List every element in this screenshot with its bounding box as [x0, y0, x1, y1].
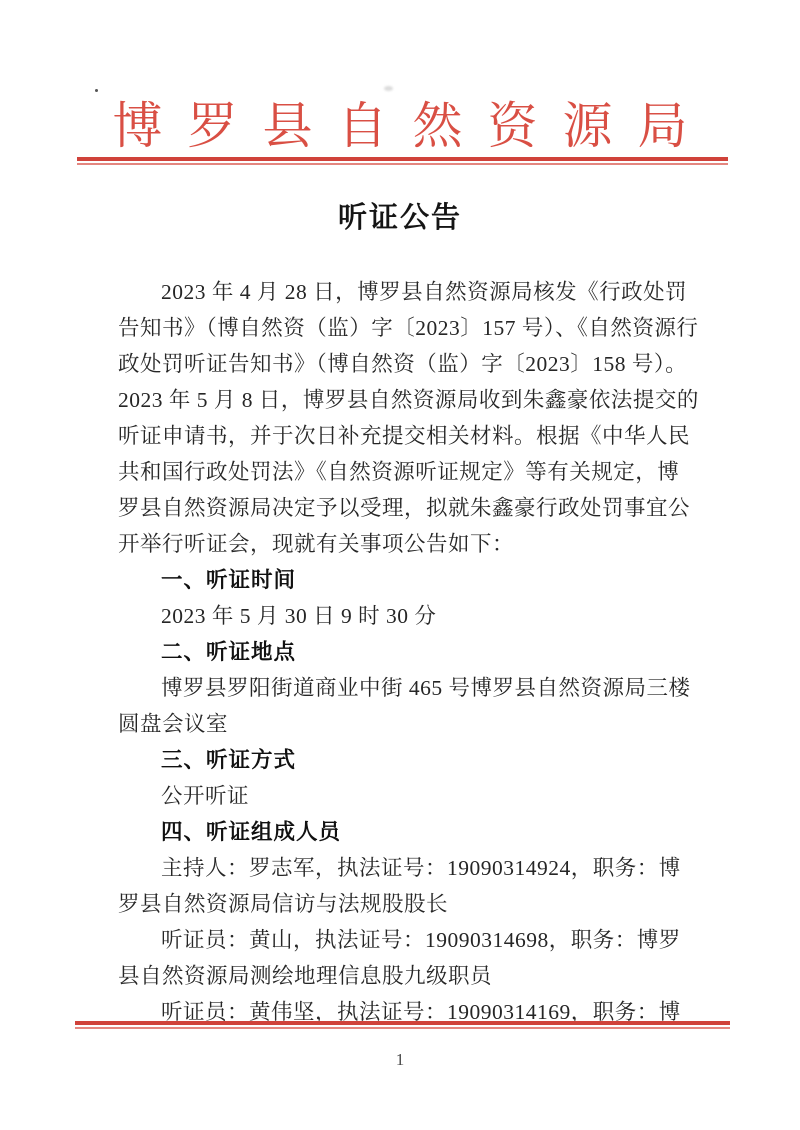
- section-heading-hearing-time: 一、听证时间: [118, 562, 740, 598]
- section-body-line: 博罗县罗阳街道商业中街 465 号博罗县自然资源局三楼: [118, 670, 740, 706]
- section-heading-hearing-place: 二、听证地点: [118, 634, 740, 670]
- section-heading-hearing-method: 三、听证方式: [118, 742, 740, 778]
- footer-divider: [75, 1021, 730, 1029]
- section-body-line: 公开听证: [118, 778, 740, 814]
- intro-line: 罗县自然资源局决定予以受理，拟就朱鑫豪行政处罚事宜公: [118, 490, 740, 526]
- section-heading-hearing-panel: 四、听证组成人员: [118, 814, 740, 850]
- document-body: 2023 年 4 月 28 日，博罗县自然资源局核发《行政处罚 告知书》（博自然…: [118, 274, 740, 1030]
- section-body-line: 2023 年 5 月 30 日 9 时 30 分: [118, 598, 740, 634]
- intro-line: 2023 年 5 月 8 日，博罗县自然资源局收到朱鑫豪依法提交的: [118, 382, 740, 418]
- intro-line: 2023 年 4 月 28 日，博罗县自然资源局核发《行政处罚: [118, 274, 740, 310]
- section-body-line: 主持人：罗志军，执法证号：19090314924，职务：博: [118, 850, 740, 886]
- document-page: 博罗县自然资源局 听证公告 2023 年 4 月 28 日，博罗县自然资源局核发…: [0, 0, 800, 1130]
- scan-speck: [95, 89, 98, 92]
- document-title: 听证公告: [0, 198, 800, 238]
- page-number: 1: [0, 1050, 800, 1070]
- section-body-line: 罗县自然资源局信访与法规股股长: [118, 886, 740, 922]
- intro-line: 开举行听证会，现就有关事项公告如下：: [118, 526, 740, 562]
- intro-line: 告知书》（博自然资（监）字〔2023〕157 号）、《自然资源行: [118, 310, 740, 346]
- section-body-line: 县自然资源局测绘地理信息股九级职员: [118, 958, 740, 994]
- section-body-line: 听证员：黄山，执法证号：19090314698，职务：博罗: [118, 922, 740, 958]
- section-body-line: 圆盘会议室: [118, 706, 740, 742]
- intro-line: 共和国行政处罚法》《自然资源听证规定》等有关规定，博: [118, 454, 740, 490]
- letterhead-divider: [77, 157, 728, 165]
- scan-smudge: [384, 86, 393, 91]
- intro-line: 政处罚听证告知书》（博自然资（监）字〔2023〕158 号）。: [118, 346, 740, 382]
- intro-line: 听证申请书，并于次日补充提交相关材料。根据《中华人民: [118, 418, 740, 454]
- agency-letterhead-title: 博罗县自然资源局: [0, 96, 800, 156]
